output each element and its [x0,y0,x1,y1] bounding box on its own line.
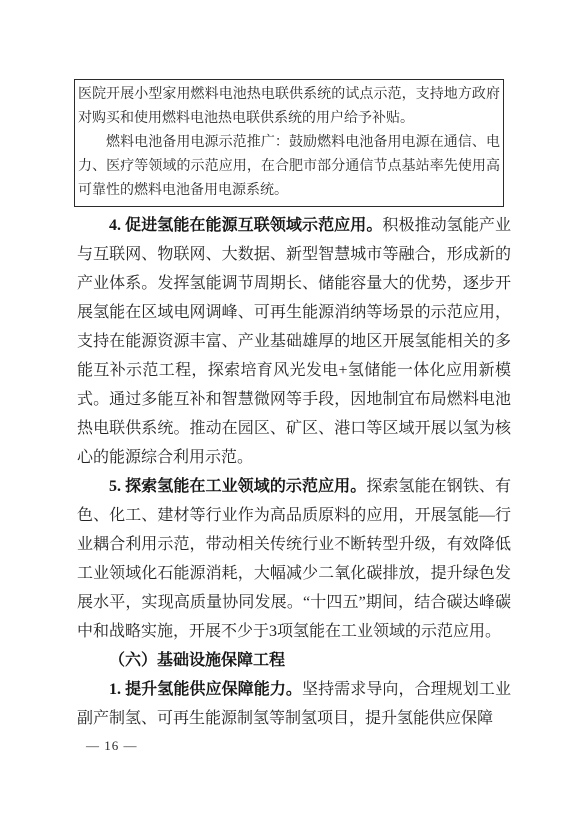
section-5-paragraph: 5. 探索氢能在工业领域的示范应用。探索氢能在钢铁、有色、化工、建材等行业作为高… [77,472,511,646]
section-4-paragraph: 4. 促进氢能在能源互联领域示范应用。积极推动氢能产业与互联网、物联网、大数据、… [77,211,511,472]
section-5-body: 探索氢能在钢铁、有色、化工、建材等行业作为高品质原料的应用，开展氢能—行业耦合利… [77,478,511,640]
section-4-heading: 4. 促进氢能在能源互联领域示范应用。 [109,217,382,234]
item-1-heading: 1. 提升氢能供应保障能力。 [109,681,302,698]
subsection-6-heading: （六）基础设施保障工程 [77,646,511,675]
item-1-paragraph: 1. 提升氢能供应保障能力。坚持需求导向，合理规划工业副产制氢、可再生能源制氢等… [77,675,511,733]
highlight-box: 医院开展小型家用燃料电池热电联供系统的试点示范，支持地方政府对购买和使用燃料电池… [74,79,504,207]
body-text: 4. 促进氢能在能源互联领域示范应用。积极推动氢能产业与互联网、物联网、大数据、… [77,211,511,733]
document-page: 医院开展小型家用燃料电池热电联供系统的试点示范，支持地方政府对购买和使用燃料电池… [0,0,578,818]
box-paragraph-fuel-cell-chp: 医院开展小型家用燃料电池热电联供系统的试点示范，支持地方政府对购买和使用燃料电池… [78,83,500,131]
section-5-heading: 5. 探索氢能在工业领域的示范应用。 [109,478,366,495]
page-number: — 16 — [86,738,138,754]
section-4-body: 积极推动氢能产业与互联网、物联网、大数据、新型智慧城市等融合，形成新的产业体系。… [77,217,511,466]
box-paragraph-backup-power: 燃料电池备用电源示范推广：鼓励燃料电池备用电源在通信、电力、医疗等领域的示范应用… [78,131,500,203]
